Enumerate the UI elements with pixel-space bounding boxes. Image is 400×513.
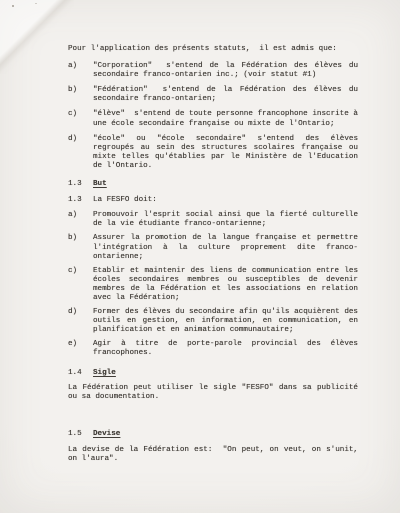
item-text: "Corporation" s'entend de la Fédération … [93,62,358,80]
section-title: Sigle [93,369,116,378]
scan-speck [12,5,14,7]
item-text: "école" ou "école secondaire" s'entend d… [93,135,358,171]
but-item-c: c) Etablir et maintenir des liens de com… [68,267,358,303]
definition-item-d: d) "école" ou "école secondaire" s'enten… [68,135,358,171]
document-body: Pour l'application des présents statuts,… [68,45,358,469]
section-heading-devise: 1.5 Devise [68,430,358,439]
item-label: e) [68,340,93,358]
item-text: Assurer la promotion de la langue frança… [93,234,358,261]
but-item-b: b) Assurer la promotion de la langue fra… [68,234,358,261]
but-items-list: a) Promouvoir l'esprit social ainsi que … [68,211,358,358]
definitions-list: a) "Corporation" s'entend de la Fédérati… [68,62,358,171]
item-label: d) [68,308,93,335]
section-number: 1.3 [68,180,93,189]
definition-item-b: b) "Fédération" s'entend de la Fédératio… [68,86,358,104]
lead-text: La FESFO doit: [93,196,157,205]
but-item-a: a) Promouvoir l'esprit social ainsi que … [68,211,358,229]
lead-number: 1.3 [68,196,93,205]
definition-item-c: c) "élève" s'entend de toute personne fr… [68,110,358,128]
section-number: 1.4 [68,369,93,378]
intro-paragraph: Pour l'application des présents statuts,… [68,45,358,54]
section-heading-but: 1.3 But [68,180,358,189]
item-text: Etablir et maintenir des liens de commun… [93,267,358,303]
item-label: d) [68,135,93,171]
but-item-e: e) Agir à titre de porte-parole provinci… [68,340,358,358]
item-label: a) [68,211,93,229]
section-heading-sigle: 1.4 Sigle [68,369,358,378]
item-label: a) [68,62,93,80]
item-label: b) [68,86,93,104]
definition-item-a: a) "Corporation" s'entend de la Fédérati… [68,62,358,80]
item-text: "Fédération" s'entend de la Fédération d… [93,86,358,104]
item-text: Former des élèves du secondaire afin qu'… [93,308,358,335]
section-number: 1.5 [68,430,93,439]
item-text: "élève" s'entend de toute personne franc… [93,110,358,128]
item-label: b) [68,234,93,261]
section-title: Devise [93,430,120,439]
but-lead-line: 1.3 La FESFO doit: [68,196,358,205]
scan-speck [35,3,37,4]
page-corner-crease [0,0,74,74]
scanned-document-page: Pour l'application des présents statuts,… [0,0,400,513]
item-label: c) [68,110,93,128]
sigle-paragraph: La Fédération peut utiliser le sigle "FE… [68,384,358,402]
devise-paragraph: La devise de la Fédération est: "On peut… [68,446,358,464]
item-text: Agir à titre de porte-parole provincial … [93,340,358,358]
section-title: But [93,180,107,189]
but-item-d: d) Former des élèves du secondaire afin … [68,308,358,335]
item-label: c) [68,267,93,303]
item-text: Promouvoir l'esprit social ainsi que la … [93,211,358,229]
